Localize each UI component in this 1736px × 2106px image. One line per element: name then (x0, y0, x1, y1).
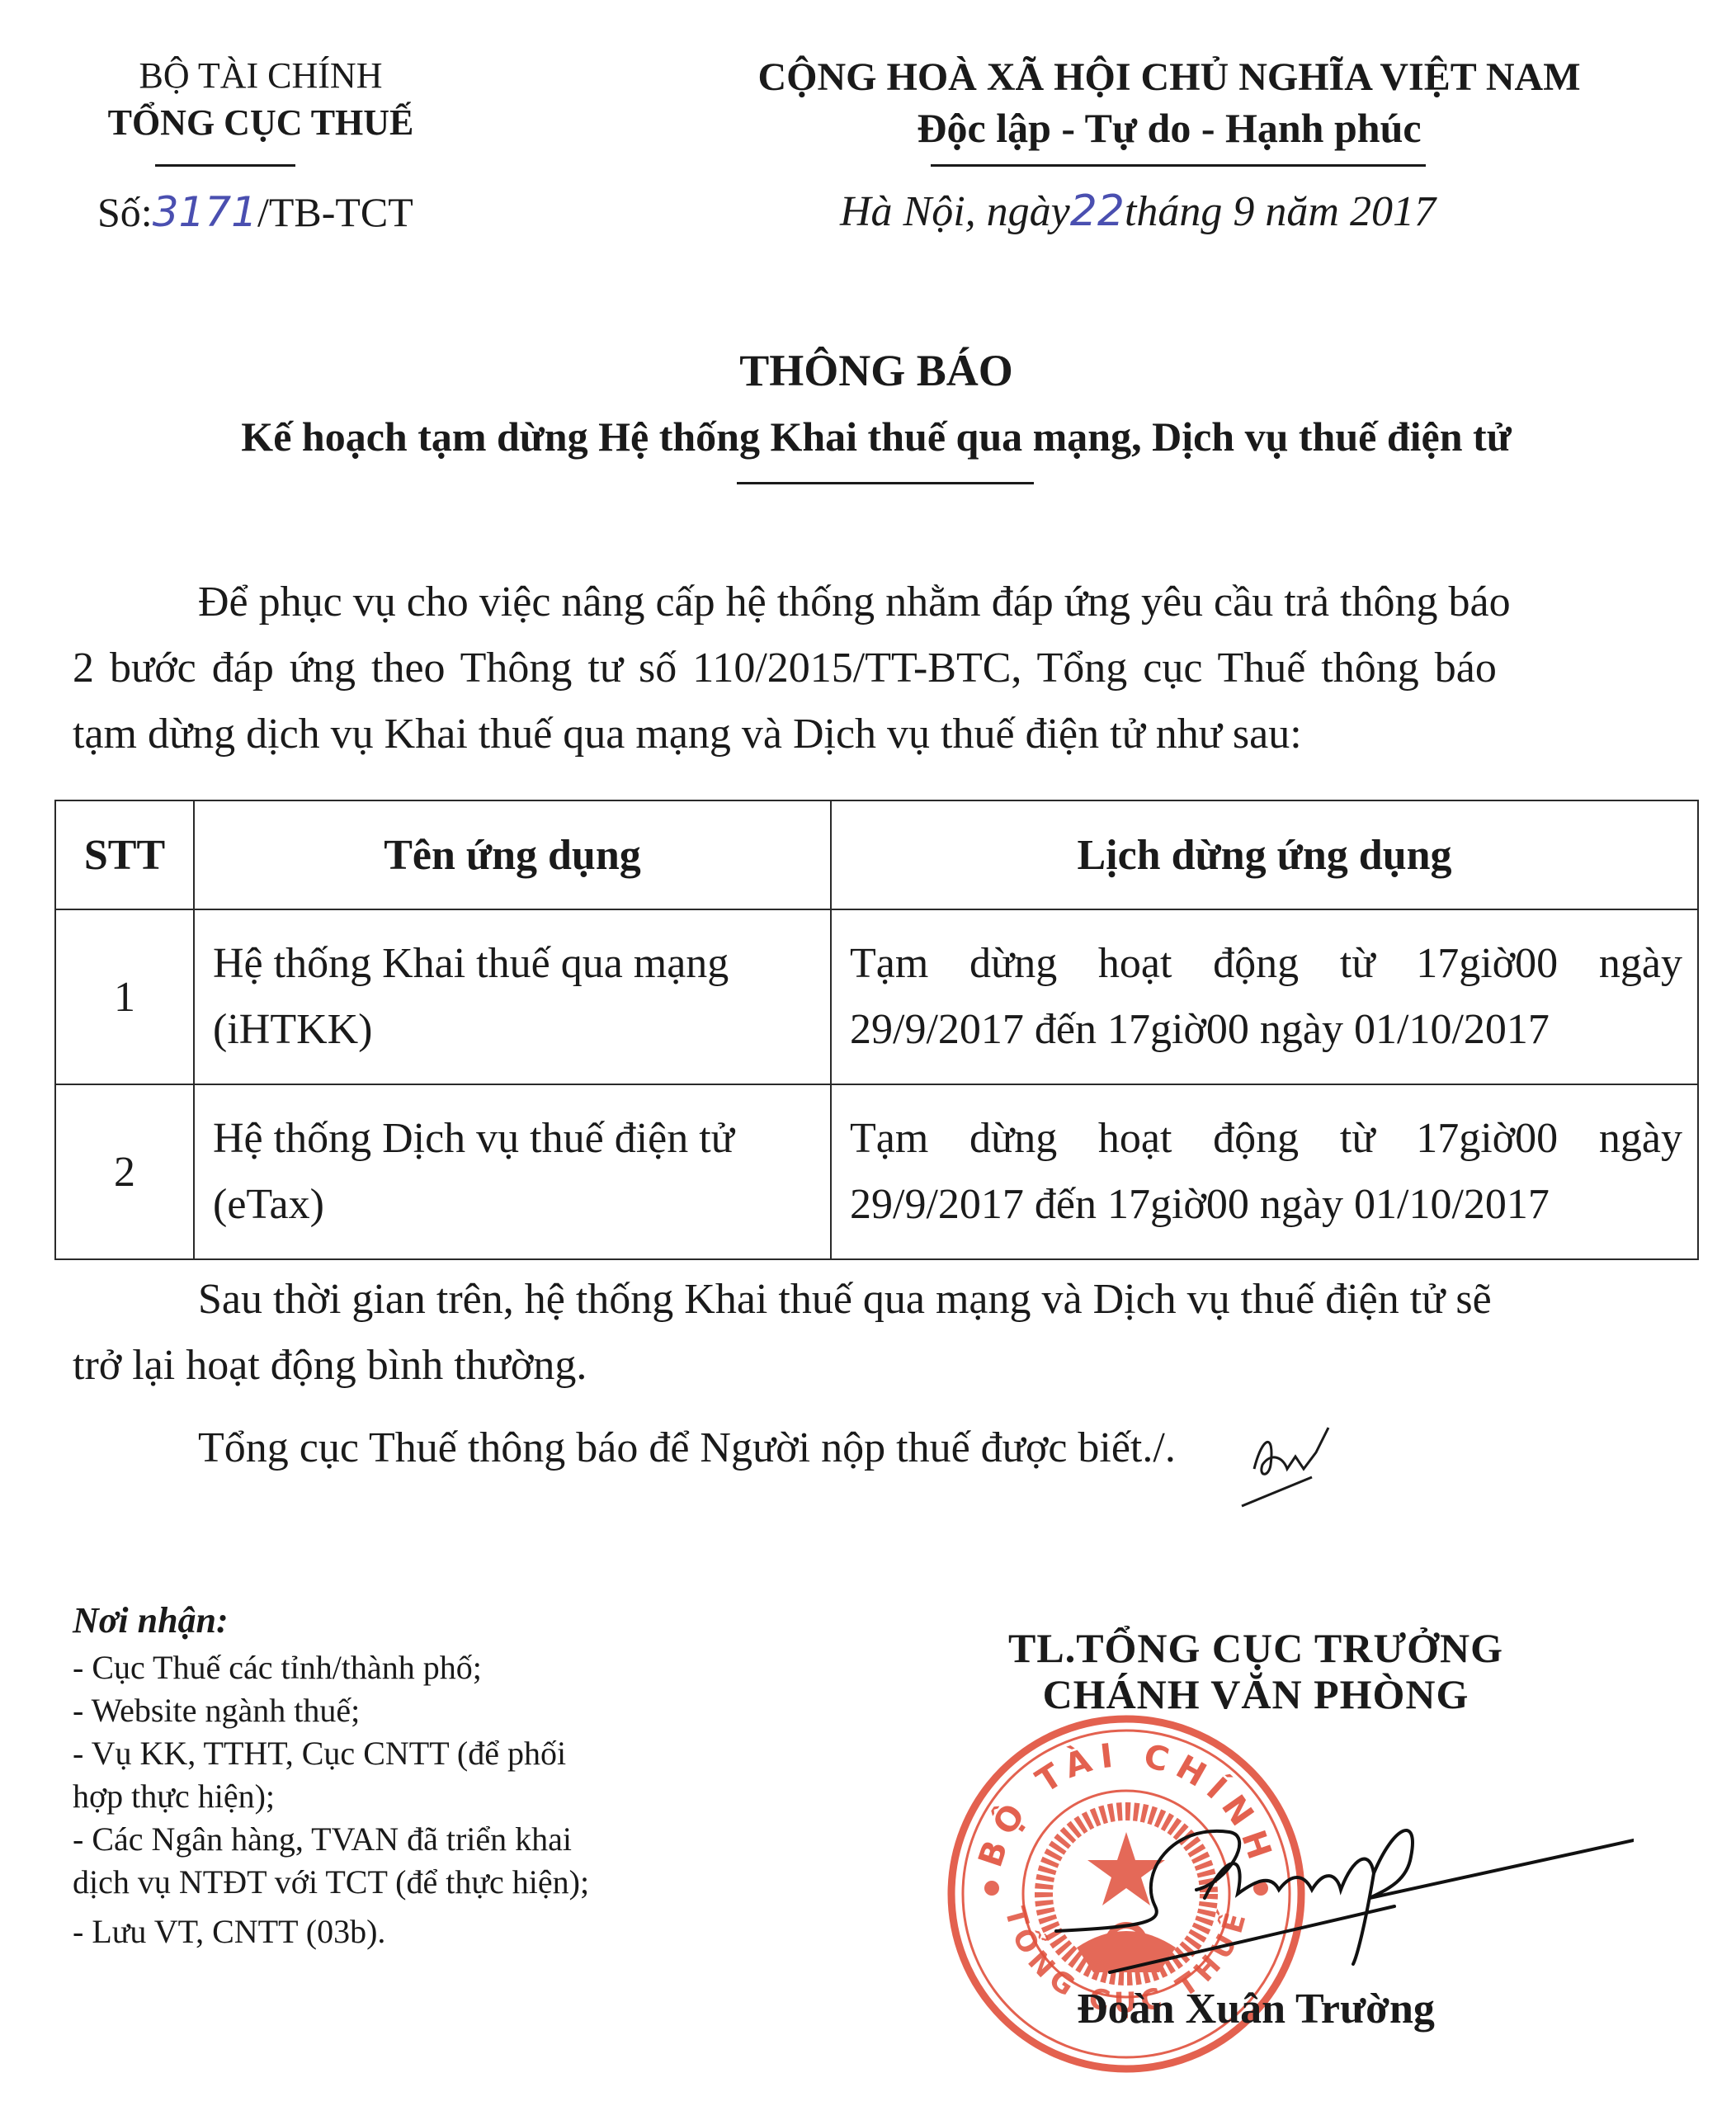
schedule-table: STT Tên ứng dụng Lịch dừng ứng dụng 1 Hệ… (54, 800, 1699, 1260)
row-app-name: Hệ thống Dịch vụ thuế điện tử (eTax) (194, 1084, 831, 1259)
app-name-line-1: Hệ thống Khai thuế qua mạng (213, 931, 812, 997)
agency-name: TỔNG CỤC THUẾ (108, 102, 414, 144)
schedule-line-2: 29/9/2017 đến 17giờ00 ngày 01/10/2017 (850, 997, 1682, 1063)
number-suffix: /TB-TCT (257, 189, 413, 235)
row-stt: 2 (55, 1084, 194, 1259)
agency-parent: BỘ TÀI CHÍNH (139, 54, 383, 97)
app-name-line-1: Hệ thống Dịch vụ thuế điện tử (213, 1106, 812, 1172)
national-motto: Độc lập - Tự do - Hạnh phúc (917, 104, 1421, 152)
agency-underline (155, 164, 295, 167)
date-prefix: Hà Nội, ngày (840, 188, 1070, 235)
app-name-line-2: (eTax) (213, 1172, 812, 1238)
after-line-1: Sau thời gian trên, hệ thống Khai thuế q… (198, 1275, 1492, 1324)
recipient-item: hợp thực hiện); (73, 1775, 589, 1818)
document-title: THÔNG BÁO (739, 345, 1013, 396)
recipient-item: - Cục Thuế các tỉnh/thành phố; (73, 1646, 589, 1689)
row-stt: 1 (55, 909, 194, 1084)
after-line-2: trở lại hoạt động bình thường. (73, 1341, 587, 1390)
document-subtitle: Kế hoạch tạm dừng Hệ thống Khai thuế qua… (241, 413, 1511, 460)
intro-line-1: Để phục vụ cho việc nâng cấp hệ thống nh… (198, 578, 1511, 626)
handwritten-number: 3171 (153, 188, 257, 236)
intro-line-3: tạm dừng dịch vụ Khai thuế qua mạng và D… (73, 710, 1302, 758)
header-app-name: Tên ứng dụng (194, 800, 831, 909)
header-schedule: Lịch dừng ứng dụng (831, 800, 1698, 909)
closing-line: Tổng cục Thuế thông báo để Người nộp thu… (198, 1424, 1176, 1472)
intro-line-2: 2 bước đáp ứng theo Thông tư số 110/2015… (73, 644, 1497, 692)
recipient-item: - Lưu VT, CNTT (03b). (73, 1910, 589, 1953)
row-schedule: Tạm dừng hoạt động từ 17giờ00 ngày 29/9/… (831, 1084, 1698, 1259)
recipients-list: - Cục Thuế các tỉnh/thành phố; - Website… (73, 1646, 589, 1953)
row-schedule: Tạm dừng hoạt động từ 17giờ00 ngày 29/9/… (831, 909, 1698, 1084)
recipient-item: - Website ngành thuế; (73, 1689, 589, 1732)
schedule-line-1: Tạm dừng hoạt động từ 17giờ00 ngày (850, 1106, 1682, 1172)
recipients-title: Nơi nhận: (73, 1599, 229, 1641)
signer-name: Đoàn Xuân Trường (1077, 1985, 1435, 2033)
schedule-line-2: 29/9/2017 đến 17giờ00 ngày 01/10/2017 (850, 1172, 1682, 1238)
row-app-name: Hệ thống Khai thuế qua mạng (iHTKK) (194, 909, 831, 1084)
schedule-line-1: Tạm dừng hoạt động từ 17giờ00 ngày (850, 931, 1682, 997)
recipient-item: dịch vụ NTĐT với TCT (để thực hiện); (73, 1861, 589, 1904)
recipient-item: - Vụ KK, TTHT, Cục CNTT (để phối (73, 1732, 589, 1775)
number-label: Số: (97, 189, 153, 235)
initials-signature-icon (1238, 1419, 1378, 1510)
header-stt: STT (55, 800, 194, 909)
issue-date: Hà Nội, ngày22tháng 9 năm 2017 (840, 187, 1436, 236)
table-row: 1 Hệ thống Khai thuế qua mạng (iHTKK) Tạ… (55, 909, 1698, 1084)
date-suffix: tháng 9 năm 2017 (1125, 188, 1436, 235)
table-row: 2 Hệ thống Dịch vụ thuế điện tử (eTax) T… (55, 1084, 1698, 1259)
handwritten-signature-icon (1040, 1791, 1634, 1989)
motto-underline (931, 164, 1426, 167)
recipient-item: - Các Ngân hàng, TVAN đã triển khai (73, 1818, 589, 1861)
handwritten-day: 22 (1070, 187, 1125, 236)
country-name: CỘNG HOÀ XÃ HỘI CHỦ NGHĨA VIỆT NAM (758, 54, 1581, 100)
app-name-line-2: (iHTKK) (213, 997, 812, 1063)
document-number: Số:3171/TB-TCT (97, 188, 413, 236)
table-header-row: STT Tên ứng dụng Lịch dừng ứng dụng (55, 800, 1698, 909)
signer-title-line-2: CHÁNH VĂN PHÒNG (1043, 1670, 1469, 1718)
signer-title-line-1: TL.TỔNG CỤC TRƯỞNG (1008, 1624, 1503, 1672)
subtitle-underline (737, 482, 1034, 484)
